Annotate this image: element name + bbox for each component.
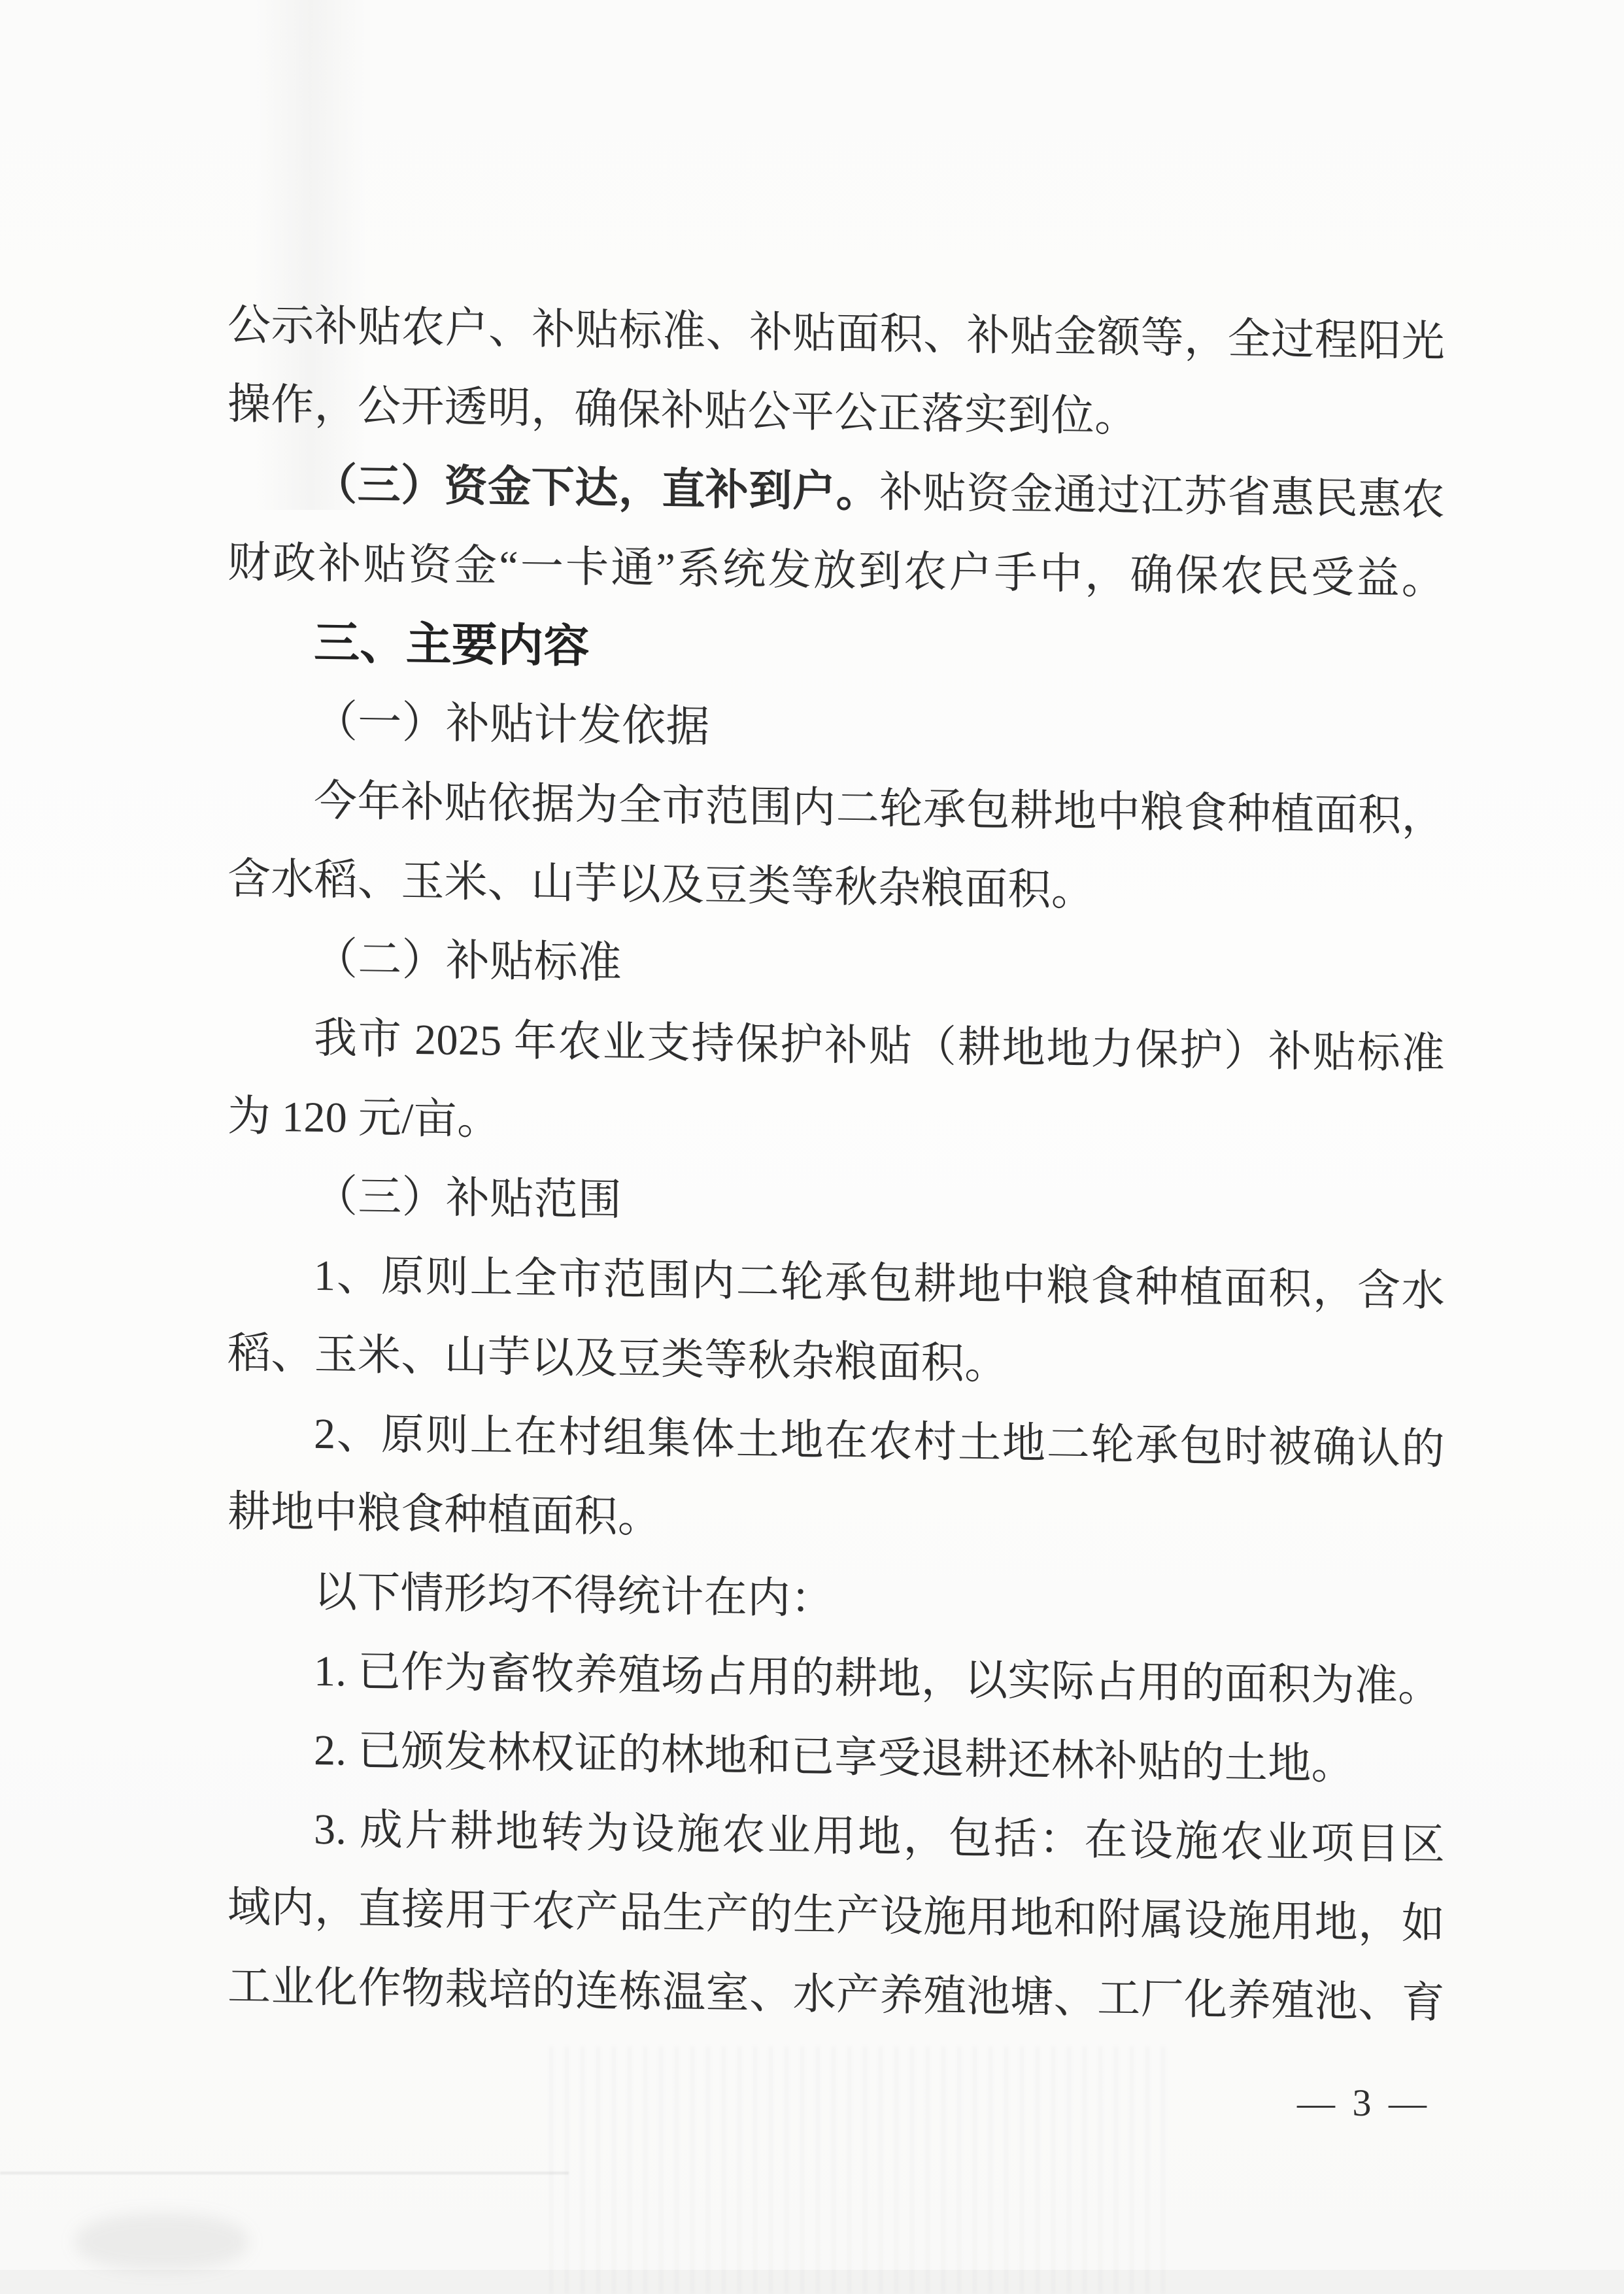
body-text: 补贴资金通过江苏省惠民惠农 (879, 469, 1445, 524)
body-line: 工业化作物栽培的连栋温室、水产养殖池塘、工厂化养殖池、育 (228, 1947, 1445, 2043)
scan-artifact-smudge (75, 2213, 248, 2270)
scanned-document-page: 公示补贴农户、补贴标准、补贴面积、补贴金额等，全过程阳光 操作，公开透明，确保补… (0, 0, 1624, 2294)
scan-artifact-horizontal-line (0, 2172, 569, 2174)
document-body: 公示补贴农户、补贴标准、补贴面积、补贴金额等，全过程阳光 操作，公开透明，确保补… (228, 286, 1445, 2043)
page-number: — 3 — (1297, 2082, 1427, 2125)
scan-artifact-bottom-streaks (549, 2046, 1170, 2294)
scan-artifact-bottom-band (0, 2270, 1624, 2294)
bold-lead-text: （三）资金下达，直补到户。 (314, 461, 879, 516)
